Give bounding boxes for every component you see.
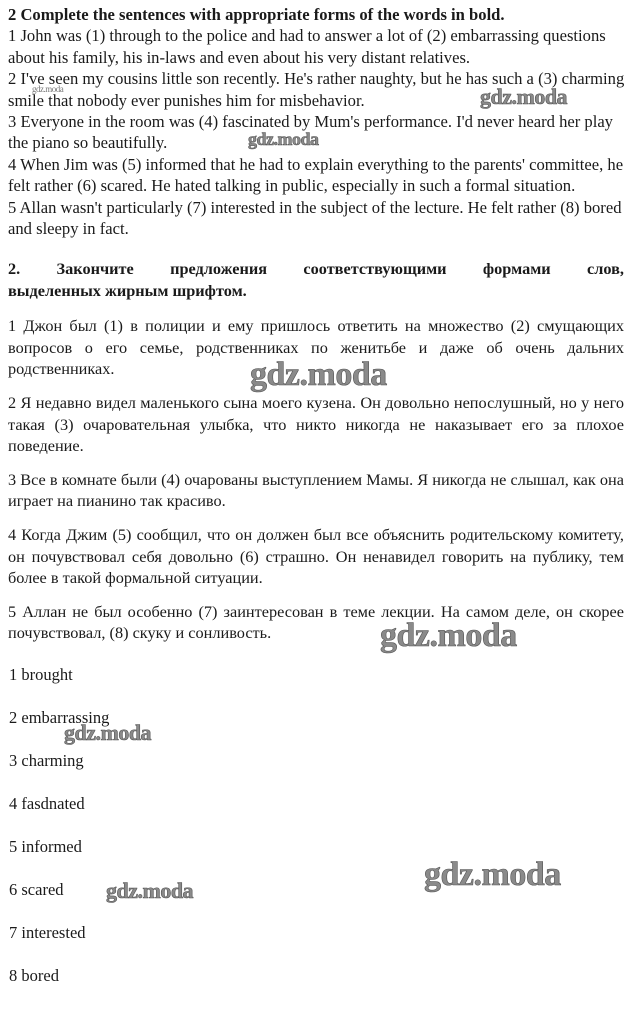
- watermark: gdz.moda: [106, 878, 193, 904]
- exercise-title-ru: 2. Закончите предложения соответствующим…: [8, 258, 624, 301]
- sentence-ru-5: 5 Аллан не был особенно (7) заинтересова…: [8, 601, 624, 644]
- sentence-en-3: 3 Everyone in the room was (4) fascinate…: [8, 111, 628, 154]
- sentence-en-2: 2 I've seen my cousins little son recent…: [8, 68, 628, 111]
- answer-item: 5 informed: [9, 836, 109, 879]
- sentence-en-5: 5 Allan wasn't particularly (7) interest…: [8, 197, 628, 240]
- sentence-ru-4: 4 Когда Джим (5) сообщил, что он должен …: [8, 524, 624, 589]
- sentence-en-1: 1 John was (1) through to the police and…: [8, 25, 628, 68]
- sentence-ru-3: 3 Все в комнате были (4) очарованы высту…: [8, 469, 624, 512]
- answer-item: 1 brought: [9, 664, 109, 707]
- answer-item: 4 fasdnated: [9, 793, 109, 836]
- sentence-ru-1: 1 Джон был (1) в полиции и ему пришлось …: [8, 315, 624, 380]
- title-ru-line-2: выделенных жирным шрифтом.: [8, 281, 247, 300]
- answer-item: 3 charming: [9, 750, 109, 793]
- answer-item: 7 interested: [9, 922, 109, 965]
- sentence-en-4: 4 When Jim was (5) informed that he had …: [8, 154, 628, 197]
- answer-item: 8 bored: [9, 965, 109, 1008]
- exercise-title-en: 2 Complete the sentences with appropriat…: [8, 4, 628, 25]
- answer-item: 6 scared: [9, 879, 109, 922]
- title-ru-line-1: 2. Закончите предложения соответствующим…: [8, 258, 624, 280]
- english-exercise: 2 Complete the sentences with appropriat…: [8, 4, 628, 239]
- sentence-ru-2: 2 Я недавно видел маленького сына моего …: [8, 392, 624, 457]
- watermark: gdz.moda: [424, 856, 561, 894]
- answer-item: 2 embarrassing: [9, 707, 109, 750]
- answer-list: 1 brought 2 embarrassing 3 charming 4 fa…: [9, 664, 109, 1008]
- russian-translation: 2. Закончите предложения соответствующим…: [8, 258, 624, 656]
